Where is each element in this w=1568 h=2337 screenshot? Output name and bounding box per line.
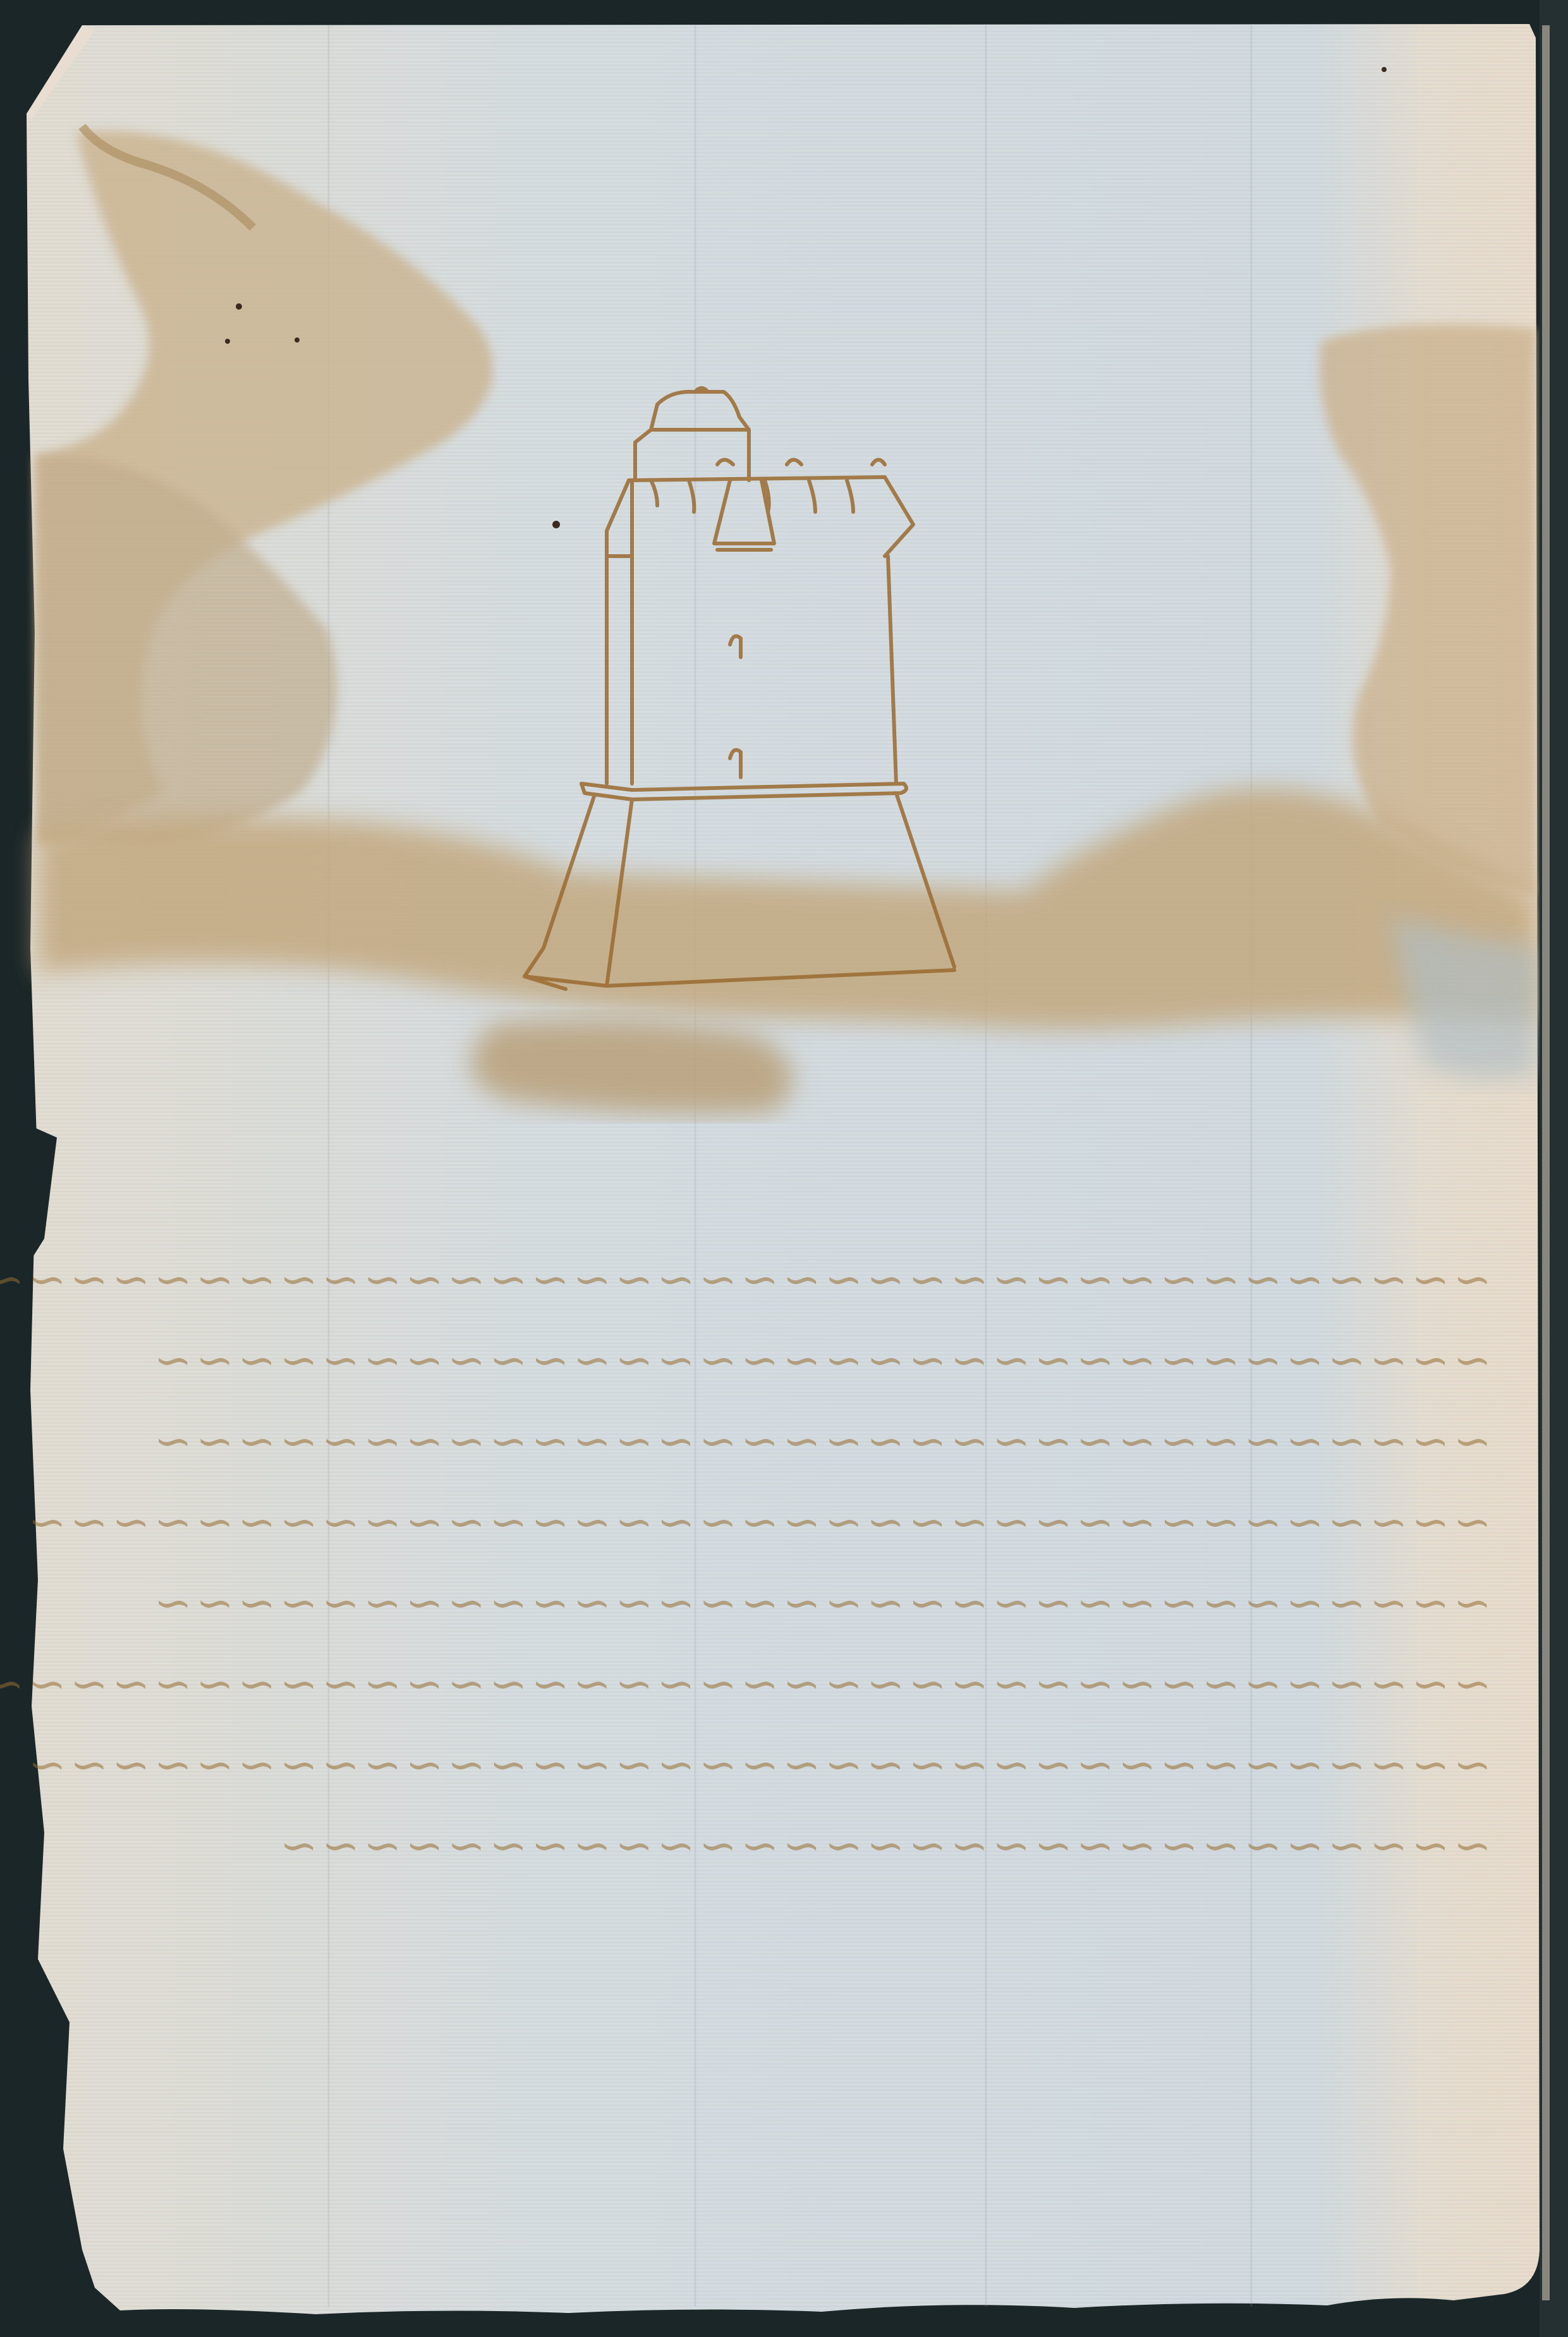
handwriting-line-3: ~~~~~~~~~~~~~~~~~~~~~~~~~~~~~~~~ (101, 1400, 1492, 1481)
handwriting-line-7: ~~~~~~~~~~~~~~~~~~~~~~~~~~~~~~~~~~~ (101, 1724, 1492, 1805)
handwriting-line-4: ~~~~~~~~~~~~~~~~~~~~~~~~~~~~~~~~~~~ (101, 1481, 1492, 1562)
handwriting-line-1: ~~~~~~~~~~~~~~~~~~~~~~~~~~~~~~~~~~~~ (101, 1239, 1492, 1320)
handwriting-line-5: ~~~~~~~~~~~~~~~~~~~~~~~~~~~~~~~~ (101, 1562, 1492, 1643)
manuscript-scan (0, 0, 1568, 2337)
handwriting-line-6: ~~~~~~~~~~~~~~~~~~~~~~~~~~~~~~~~~~~~ (101, 1643, 1492, 1724)
handwriting-line-8: ~~~~~~~~~~~~~~~~~~~~~~~~~~~~~ (101, 1805, 1492, 1886)
handwriting-line-2: ~~~~~~~~~~~~~~~~~~~~~~~~~~~~~~~~ (101, 1320, 1492, 1400)
bleed-through-handwriting: ~~~~~~~~~~~~~~~~~~~~~~~~~~~~~~~~~~~~ ~~~… (101, 1239, 1492, 1858)
